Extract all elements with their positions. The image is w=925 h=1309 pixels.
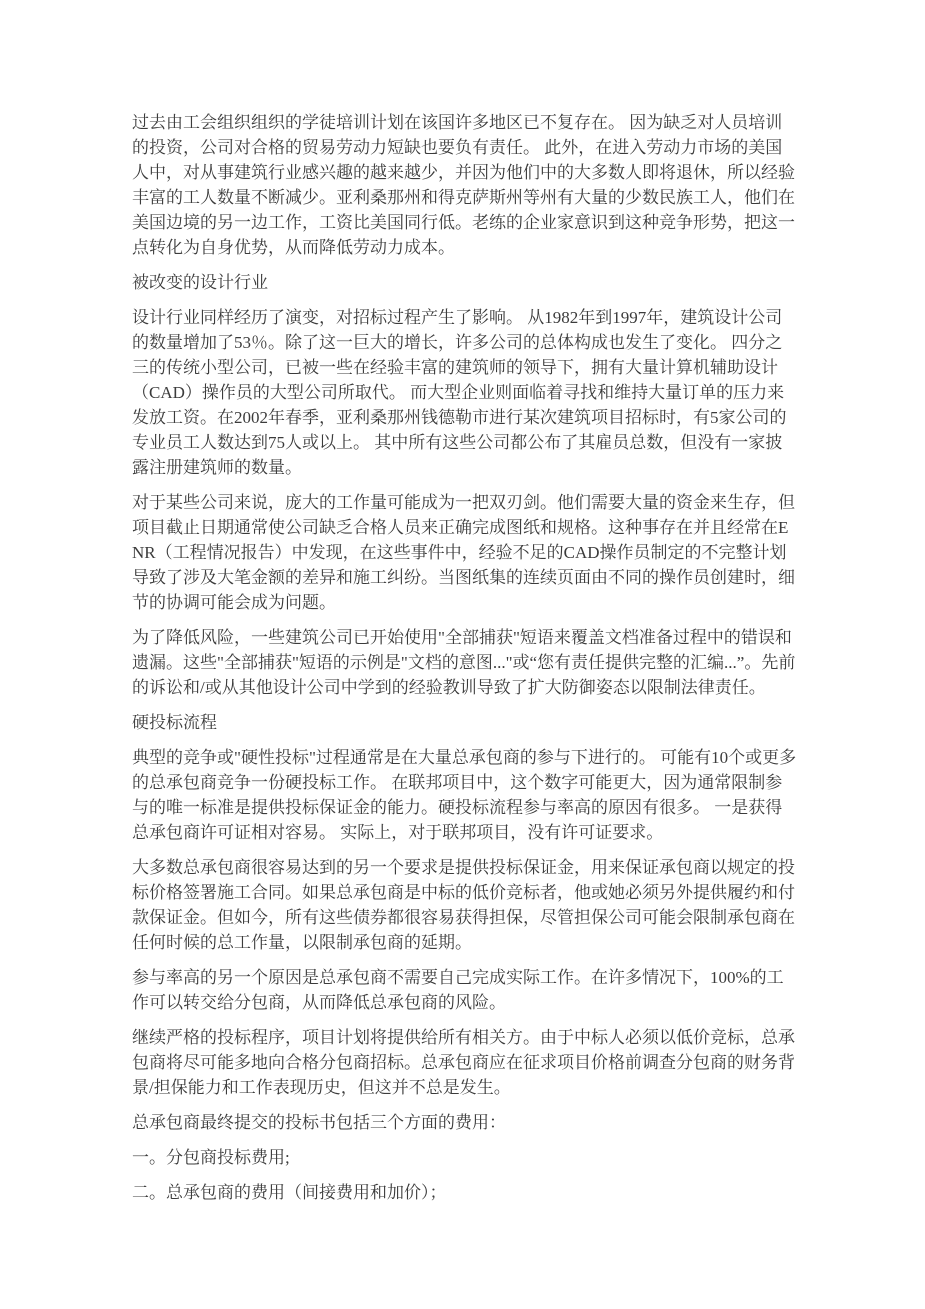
paragraph-design-evolution: 设计行业同样经历了演变，对招标过程产生了影响。 从1982年到1997年，建筑设… [132,305,797,480]
list-item-gc-cost: 二。总承包商的费用（间接费用和加价）； [132,1180,797,1205]
document-page: 过去由工会组织组织的学徒培训计划在该国许多地区已不复存在。 因为缺乏对人员培训的… [132,110,797,1215]
paragraph-bid-cost-intro: 总承包商最终提交的投标书包括三个方面的费用： [132,1110,797,1135]
section-heading-design-industry: 被改变的设计行业 [132,270,797,295]
paragraph-hard-bid-process: 典型的竞争或"硬性投标"过程通常是在大量总承包商的参与下进行的。 可能有10个或… [132,745,797,845]
list-item-subcontractor-cost: 一。分包商投标费用; [132,1145,797,1170]
section-heading-hard-bid: 硬投标流程 [132,710,797,735]
paragraph-bid-bond: 大多数总承包商很容易达到的另一个要求是提供投标保证金，用来保证承包商以规定的投标… [132,855,797,955]
paragraph-labor-shortage: 过去由工会组织组织的学徒培训计划在该国许多地区已不复存在。 因为缺乏对人员培训的… [132,110,797,260]
paragraph-workload-risk: 对于某些公司来说，庞大的工作量可能成为一把双刃剑。他们需要大量的资金来生存，但项… [132,490,797,615]
paragraph-catch-all-phrases: 为了降低风险，一些建筑公司已开始使用"全部捕获"短语来覆盖文档准备过程中的错误和… [132,625,797,700]
paragraph-subcontract-risk: 参与率高的另一个原因是总承包商不需要自己完成实际工作。在许多情况下，100%的工… [132,965,797,1015]
paragraph-bid-procedure: 继续严格的投标程序，项目计划将提供给所有相关方。由于中标人必须以低价竞标，总承包… [132,1025,797,1100]
